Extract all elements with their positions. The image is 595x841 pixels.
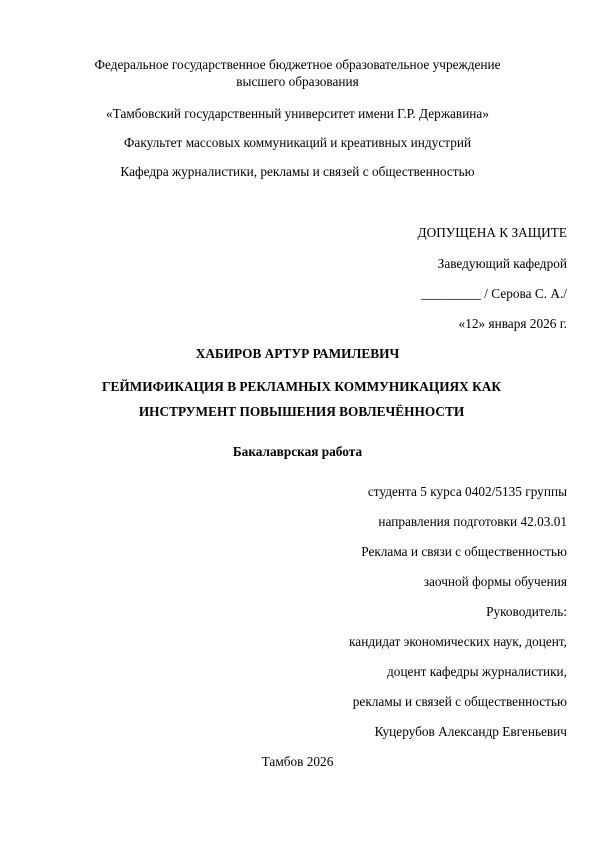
approval-status: ДОПУЩЕНА К ЗАЩИТЕ bbox=[418, 225, 567, 241]
supervisor-name: Куцерубов Александр Евгеньевич bbox=[375, 724, 567, 740]
institution-line-1: Федеральное государственное бюджетное об… bbox=[0, 57, 595, 73]
supervisor-detail: рекламы и связей с общественностью bbox=[353, 694, 567, 710]
city-year: Тамбов 2026 bbox=[0, 754, 595, 770]
student-info-line: заочной формы обучения bbox=[424, 574, 567, 590]
student-info-line: направления подготовки 42.03.01 bbox=[378, 514, 567, 530]
work-type: Бакалаврская работа bbox=[0, 444, 595, 460]
author-name: ХАБИРОВ АРТУР РАМИЛЕВИЧ bbox=[0, 346, 595, 362]
thesis-title-line-1: ГЕЙМИФИКАЦИЯ В РЕКЛАМНЫХ КОММУНИКАЦИЯХ К… bbox=[40, 379, 563, 395]
student-info-line: Реклама и связи с общественностью bbox=[361, 544, 567, 560]
supervisor-detail: доцент кафедры журналистики, bbox=[387, 664, 567, 680]
university-name: «Тамбовский государственный университет … bbox=[0, 106, 595, 122]
institution-line-2: высшего образования bbox=[0, 74, 595, 90]
faculty-name: Факультет массовых коммуникаций и креати… bbox=[0, 135, 595, 151]
supervisor-detail: кандидат экономических наук, доцент, bbox=[349, 634, 567, 650]
student-info-line: студента 5 курса 0402/5135 группы bbox=[368, 484, 567, 500]
supervisor-label: Руководитель: bbox=[486, 604, 567, 620]
department-name: Кафедра журналистики, рекламы и связей с… bbox=[0, 164, 595, 180]
approval-signature: _________ / Серова С. А./ bbox=[421, 286, 567, 302]
approval-date: «12» января 2026 г. bbox=[459, 316, 567, 332]
approval-position: Заведующий кафедрой bbox=[438, 256, 567, 272]
thesis-title-line-2: ИНСТРУМЕНТ ПОВЫШЕНИЯ ВОВЛЕЧЁННОСТИ bbox=[40, 404, 563, 420]
